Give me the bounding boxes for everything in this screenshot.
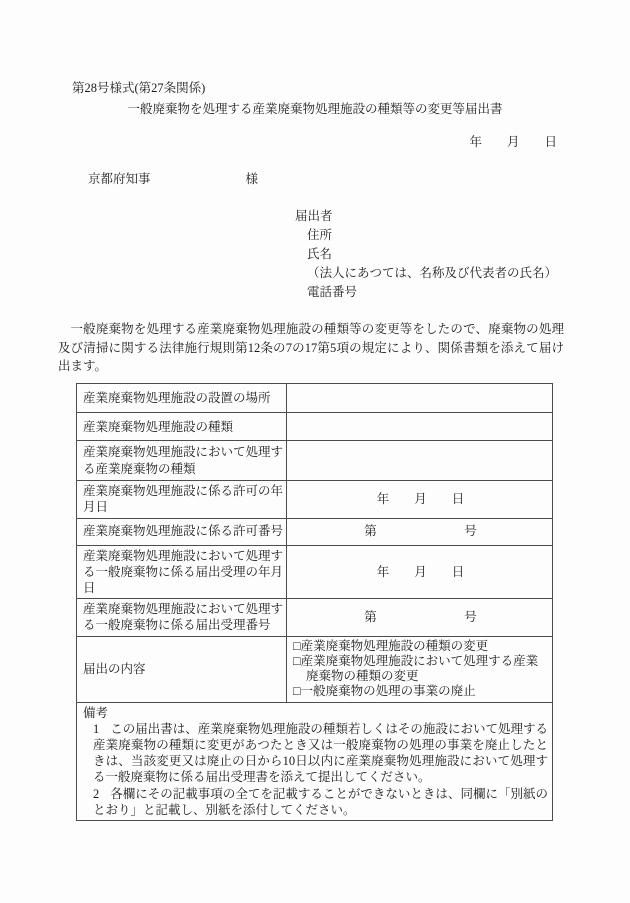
row-label: 産業廃棄物処理施設において処理する一般廃棄物に係る届出受理番号 — [77, 599, 287, 636]
form-table: 産業廃棄物処理施設の設置の場所 産業廃棄物処理施設の種類 産業廃棄物処理施設にお… — [76, 383, 553, 821]
page-title: 一般廃棄物を処理する産業廃棄物処理施設の種類等の変更等届出書 — [0, 101, 630, 117]
row-industrial-waste-type: 産業廃棄物処理施設において処理する産業廃棄物の種類 — [77, 441, 553, 481]
declarant-field-corporate-note: （法人にあつては、名称及び代表者の氏名） — [307, 264, 630, 283]
addressee-honorific: 様 — [246, 172, 259, 186]
checkbox-icon: □ — [293, 654, 301, 668]
checkbox-label: 一般廃棄物の処理の事業の廃止 — [301, 684, 476, 698]
row-notification-content: 届出の内容 □産業廃棄物処理施設の種類の変更 □産業廃棄物処理施設において処理す… — [77, 636, 553, 702]
checkbox-label: 産業廃棄物処理施設の種類の変更 — [301, 639, 489, 653]
checkbox-option-waste-type-change[interactable]: □産業廃棄物処理施設において処理する産業廃棄物の種類の変更 — [293, 654, 548, 685]
declarant-heading: 届出者 — [295, 207, 630, 226]
row-facility-location: 産業廃棄物処理施設の設置の場所 — [77, 384, 553, 413]
notification-options-cell: □産業廃棄物処理施設の種類の変更 □産業廃棄物処理施設において処理する産業廃棄物… — [287, 636, 553, 702]
remark-text: 各欄にその記載事項の全てを記載することができないときは、同欄に「別紙のとおり」と… — [93, 787, 548, 817]
row-label: 届出の内容 — [77, 636, 287, 702]
row-permit-number: 産業廃棄物処理施設に係る許可番号 第 号 — [77, 518, 553, 545]
facility-location-input-cell[interactable] — [287, 384, 553, 413]
form-number: 第28号様式(第27条関係) — [72, 80, 630, 96]
row-label: 産業廃棄物処理施設において処理する産業廃棄物の種類 — [77, 441, 287, 481]
row-acceptance-date: 産業廃棄物処理施設において処理する一般廃棄物に係る届出受理の年月日 年 月 日 — [77, 545, 553, 599]
checkbox-icon: □ — [293, 639, 301, 653]
row-label: 産業廃棄物処理施設に係る許可番号 — [77, 518, 287, 545]
acceptance-date-input-cell[interactable]: 年 月 日 — [287, 545, 553, 599]
remark-item: 2各欄にその記載事項の全てを記載することができないときは、同欄に「別紙のとおり」… — [83, 786, 548, 818]
row-remarks: 備考 1この届出書は、産業廃棄物処理施設の種類若しくはその施設において処理する産… — [77, 702, 553, 820]
date-line: 年 月 日 — [0, 134, 630, 150]
declarant-field-phone: 電話番号 — [307, 283, 630, 302]
checkbox-label: 産業廃棄物処理施設において処理する産業廃棄物の種類の変更 — [301, 654, 539, 683]
body-paragraph: 一般廃棄物を処理する産業廃棄物処理施設の種類等の変更等をしたので、廃棄物の処理及… — [58, 320, 564, 376]
row-permit-date: 産業廃棄物処理施設に係る許可の年月日 年 月 日 — [77, 481, 553, 518]
addressee-line: 京都府知事様 — [88, 171, 630, 187]
checkbox-icon: □ — [293, 684, 301, 698]
row-label: 産業廃棄物処理施設の種類 — [77, 413, 287, 441]
permit-number-input-cell[interactable]: 第 号 — [287, 518, 553, 545]
document-page: 第28号様式(第27条関係) 一般廃棄物を処理する産業廃棄物処理施設の種類等の変… — [0, 0, 630, 903]
industrial-waste-type-input-cell[interactable] — [287, 441, 553, 481]
checkbox-option-facility-type-change[interactable]: □産業廃棄物処理施設の種類の変更 — [293, 639, 548, 654]
remarks-heading: 備考 — [83, 705, 548, 721]
remark-item: 1この届出書は、産業廃棄物処理施設の種類若しくはその施設において処理する産業廃棄… — [83, 721, 548, 786]
acceptance-number-input-cell[interactable]: 第 号 — [287, 599, 553, 636]
remark-text: この届出書は、産業廃棄物処理施設の種類若しくはその施設において処理する産業廃棄物… — [93, 722, 548, 785]
row-acceptance-number: 産業廃棄物処理施設において処理する一般廃棄物に係る届出受理番号 第 号 — [77, 599, 553, 636]
checkbox-option-business-abolition[interactable]: □一般廃棄物の処理の事業の廃止 — [293, 684, 548, 699]
remark-number: 1 — [93, 722, 99, 736]
permit-date-input-cell[interactable]: 年 月 日 — [287, 481, 553, 518]
declarant-field-address: 住所 — [307, 226, 630, 245]
row-label: 産業廃棄物処理施設において処理する一般廃棄物に係る届出受理の年月日 — [77, 545, 287, 599]
addressee-name: 京都府知事 — [88, 172, 151, 186]
declarant-block: 届出者 住所 氏名 （法人にあつては、名称及び代表者の氏名） 電話番号 — [295, 207, 630, 302]
row-facility-type: 産業廃棄物処理施設の種類 — [77, 413, 553, 441]
row-label: 産業廃棄物処理施設の設置の場所 — [77, 384, 287, 413]
remark-number: 2 — [93, 787, 99, 801]
row-label: 産業廃棄物処理施設に係る許可の年月日 — [77, 481, 287, 518]
facility-type-input-cell[interactable] — [287, 413, 553, 441]
remarks-cell: 備考 1この届出書は、産業廃棄物処理施設の種類若しくはその施設において処理する産… — [77, 702, 553, 820]
declarant-field-name: 氏名 — [307, 245, 630, 264]
